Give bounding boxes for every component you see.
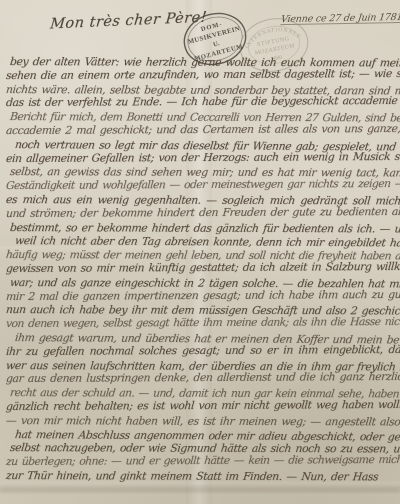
ink-stamp-line3: U. — [212, 40, 220, 48]
handwriting-line: sehen die an einem orte anzufinden, wo m… — [5, 67, 400, 83]
handwriting-line: mir 2 mal die ganzen impertinenzen gesag… — [5, 287, 400, 303]
dateline: Vienne ce 27 de Juin 1781. — [280, 12, 400, 25]
handwriting-line: accademie 2 mal geschickt; und das Certa… — [5, 122, 400, 138]
handwriting-line: und strömen; der bekomme hindert den Fre… — [5, 205, 400, 221]
ink-stamp-line2: MUSIKVEREIN — [187, 25, 241, 46]
handwriting-line: — von mir mich nicht haben will, es ist … — [5, 414, 400, 429]
handwriting-line: das ist der verfehlst zu Ende. — Ich hab… — [5, 94, 400, 110]
handwriting-line: zu überlegen; ohne: — und er gewollt hät… — [5, 453, 400, 469]
handwriting-line: gänzlich recht behalten; es ist wohl von… — [5, 398, 400, 414]
letter-scan: Mon très cher Père! Vienne ce 27 de Juin… — [0, 0, 400, 504]
handwriting-line: gar aus denen lustspringen denke, den al… — [5, 370, 400, 386]
bottom-fold-crease — [0, 482, 400, 496]
salutation: Mon très cher Père! — [49, 10, 207, 33]
handwriting-line: ihr zu gefallen nochmal solches gesagt; … — [5, 343, 400, 359]
letter-body: bey der alten Vätter: wie herzlich gerne… — [6, 55, 400, 483]
handwriting-line: von denen wegen, selbst gesagt hätte ihm… — [5, 315, 400, 331]
handwriting-line: gewissen von so mir mein künftig gestatt… — [5, 260, 400, 276]
emboss-line1: STIFTUNG — [257, 36, 290, 48]
svg-text:INTERNATIONALE: INTERNATIONALE — [242, 22, 303, 50]
handwriting-line: ein allgemeiner Gefallen ist; von der He… — [5, 149, 400, 165]
emboss-arc-text: INTERNATIONALE — [242, 22, 303, 50]
handwriting-line: Geständigkeit und wohlgefallen — oder me… — [5, 177, 400, 193]
handwriting-line: zur Thür hinein, und ginkt meinem Statt … — [5, 469, 400, 484]
